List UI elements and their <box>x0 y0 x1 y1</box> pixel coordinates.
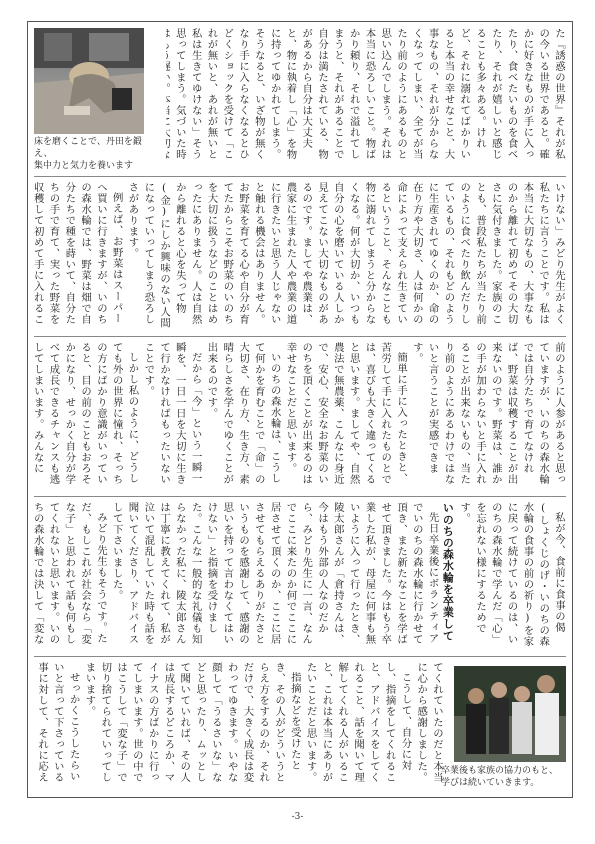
photo-group-graduates <box>454 666 566 762</box>
woman-wiping-floor-icon <box>34 28 144 134</box>
photo-caption-bottom: 卒業後も家族の協力のもと、 学びは続いていきます。 <box>441 765 566 789</box>
article-text-block-1: た『誘惑の世界』それが私の今いる世界であると。確かに好きなものが手に入ったり、食… <box>166 28 566 170</box>
section-heading: いのちの森水輪を卒業して <box>440 502 456 650</box>
group-photo-icon <box>454 666 566 762</box>
row-5: 卒業後も家族の協力のもと、 学びは続いていきます。 てくれていたのだと本当に心か… <box>34 662 566 792</box>
row-3: 前のように人参があると思っていますが、いのちの森水輪では自分たちで育てなければ、… <box>34 342 566 490</box>
row-4: 私が今、食前に食事の偈(しょくじのげ・いのちの森水輪の食事の前の祈り)を家に戻っ… <box>34 502 566 650</box>
page-number: -3- <box>0 812 595 822</box>
photo-floor-wiping <box>34 28 144 134</box>
article-frame: 床を磨くことで、丹田を鍛え、 集中力と気力を養います た『誘惑の世界』それが私の… <box>27 21 573 798</box>
row-divider <box>34 496 566 497</box>
row-2: いけない」みどり先生がよく私たちに言うことです。私は本当に大切なもの、大事なもの… <box>34 182 566 330</box>
row-divider <box>34 656 566 657</box>
photo-caption-top: 床を磨くことで、丹田を鍛え、 集中力と気力を養います <box>34 136 159 172</box>
row-divider <box>34 336 566 337</box>
article-text-block-2: いけない」みどり先生がよく私たちに言うことです。私は本当に大切なもの、大事なもの… <box>32 182 566 330</box>
article-text-block-3: 前のように人参があると思っていますが、いのちの森水輪では自分たちで育てなければ、… <box>32 342 566 490</box>
row-1: 床を磨くことで、丹田を鍛え、 集中力と気力を養います た『誘惑の世界』それが私の… <box>34 28 566 170</box>
article-text-block-4: 私が今、食前に食事の偈(しょくじのげ・いのちの森水輪の食事の前の祈り)を家に戻っ… <box>32 502 566 650</box>
article-text-block-5: てくれていたのだと本当に心から感謝しました。 こうして、自分に対し、指摘をしてく… <box>34 662 444 792</box>
row-divider <box>34 176 566 177</box>
